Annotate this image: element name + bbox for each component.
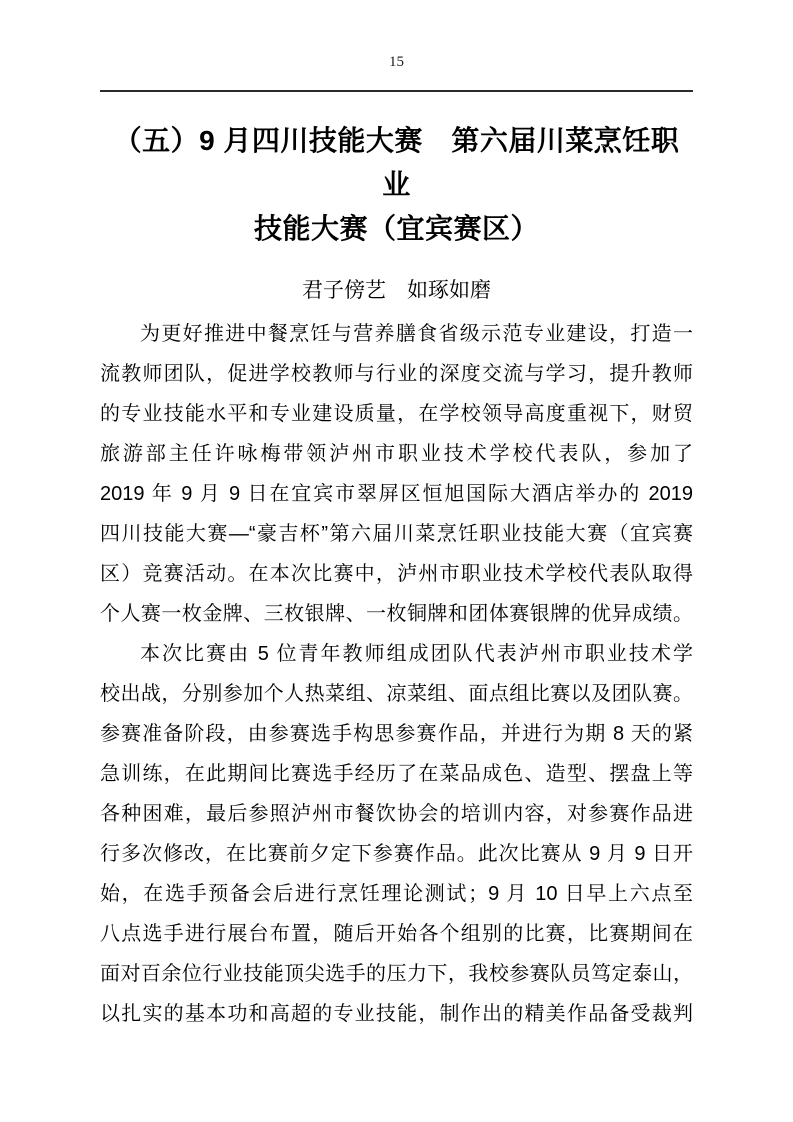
body-text: 为更好推进中餐烹饪与营养膳食省级示范专业建设，打造一 流教师团队，促进学校教师与… — [100, 314, 693, 1034]
body-line: 行多次修改，在比赛前夕定下参赛作品。此次比赛从 9 月 9 日开 — [100, 834, 693, 874]
body-line: 八点选手进行展台布置，随后开始各个组别的比赛，比赛期间在 — [100, 914, 693, 954]
body-line: 面对百余位行业技能顶尖选手的压力下，我校参赛队员笃定泰山， — [100, 954, 693, 994]
document-title: （五）9 月四川技能大赛 第六届川菜烹饪职业 技能大赛（宜宾赛区） — [100, 119, 693, 251]
body-line: 为更好推进中餐烹饪与营养膳食省级示范专业建设，打造一 — [100, 314, 693, 354]
body-line: 的专业技能水平和专业建设质量，在学校领导高度重视下，财贸 — [100, 394, 693, 434]
title-line-2: 技能大赛（宜宾赛区） — [100, 207, 693, 251]
page-number: 15 — [100, 54, 693, 70]
body-line: 急训练，在此期间比赛选手经历了在菜品成色、造型、摆盘上等 — [100, 754, 693, 794]
body-line: 区）竞赛活动。在本次比赛中，泸州市职业技术学校代表队取得 — [100, 554, 693, 594]
body-line: 始，在选手预备会后进行烹饪理论测试；9 月 10 日早上六点至 — [100, 874, 693, 914]
subtitle: 君子傍艺 如琢如磨 — [100, 276, 693, 306]
body-line: 四川技能大赛—“豪吉杯”第六届川菜烹饪职业技能大赛（宜宾赛 — [100, 514, 693, 554]
body-line: 旅游部主任许咏梅带领泸州市职业技术学校代表队，参加了 — [100, 434, 693, 474]
body-line: 2019 年 9 月 9 日在宜宾市翠屏区恒旭国际大酒店举办的 2019 — [100, 474, 693, 514]
body-line: 个人赛一枚金牌、三枚银牌、一枚铜牌和团体赛银牌的优异成绩。 — [100, 594, 693, 634]
header-rule — [100, 90, 693, 92]
body-line: 校出战，分别参加个人热菜组、凉菜组、面点组比赛以及团队赛。 — [100, 674, 693, 714]
body-line: 以扎实的基本功和高超的专业技能，制作出的精美作品备受裁判 — [100, 994, 693, 1034]
body-line: 参赛准备阶段，由参赛选手构思参赛作品，并进行为期 8 天的紧 — [100, 714, 693, 754]
body-line: 流教师团队，促进学校教师与行业的深度交流与学习，提升教师 — [100, 354, 693, 394]
title-line-1: （五）9 月四川技能大赛 第六届川菜烹饪职业 — [100, 119, 693, 207]
body-line: 各种困难，最后参照泸州市餐饮协会的培训内容，对参赛作品进 — [100, 794, 693, 834]
body-line: 本次比赛由 5 位青年教师组成团队代表泸州市职业技术学 — [100, 634, 693, 674]
document-page: 15 （五）9 月四川技能大赛 第六届川菜烹饪职业 技能大赛（宜宾赛区） 君子傍… — [0, 0, 793, 1122]
